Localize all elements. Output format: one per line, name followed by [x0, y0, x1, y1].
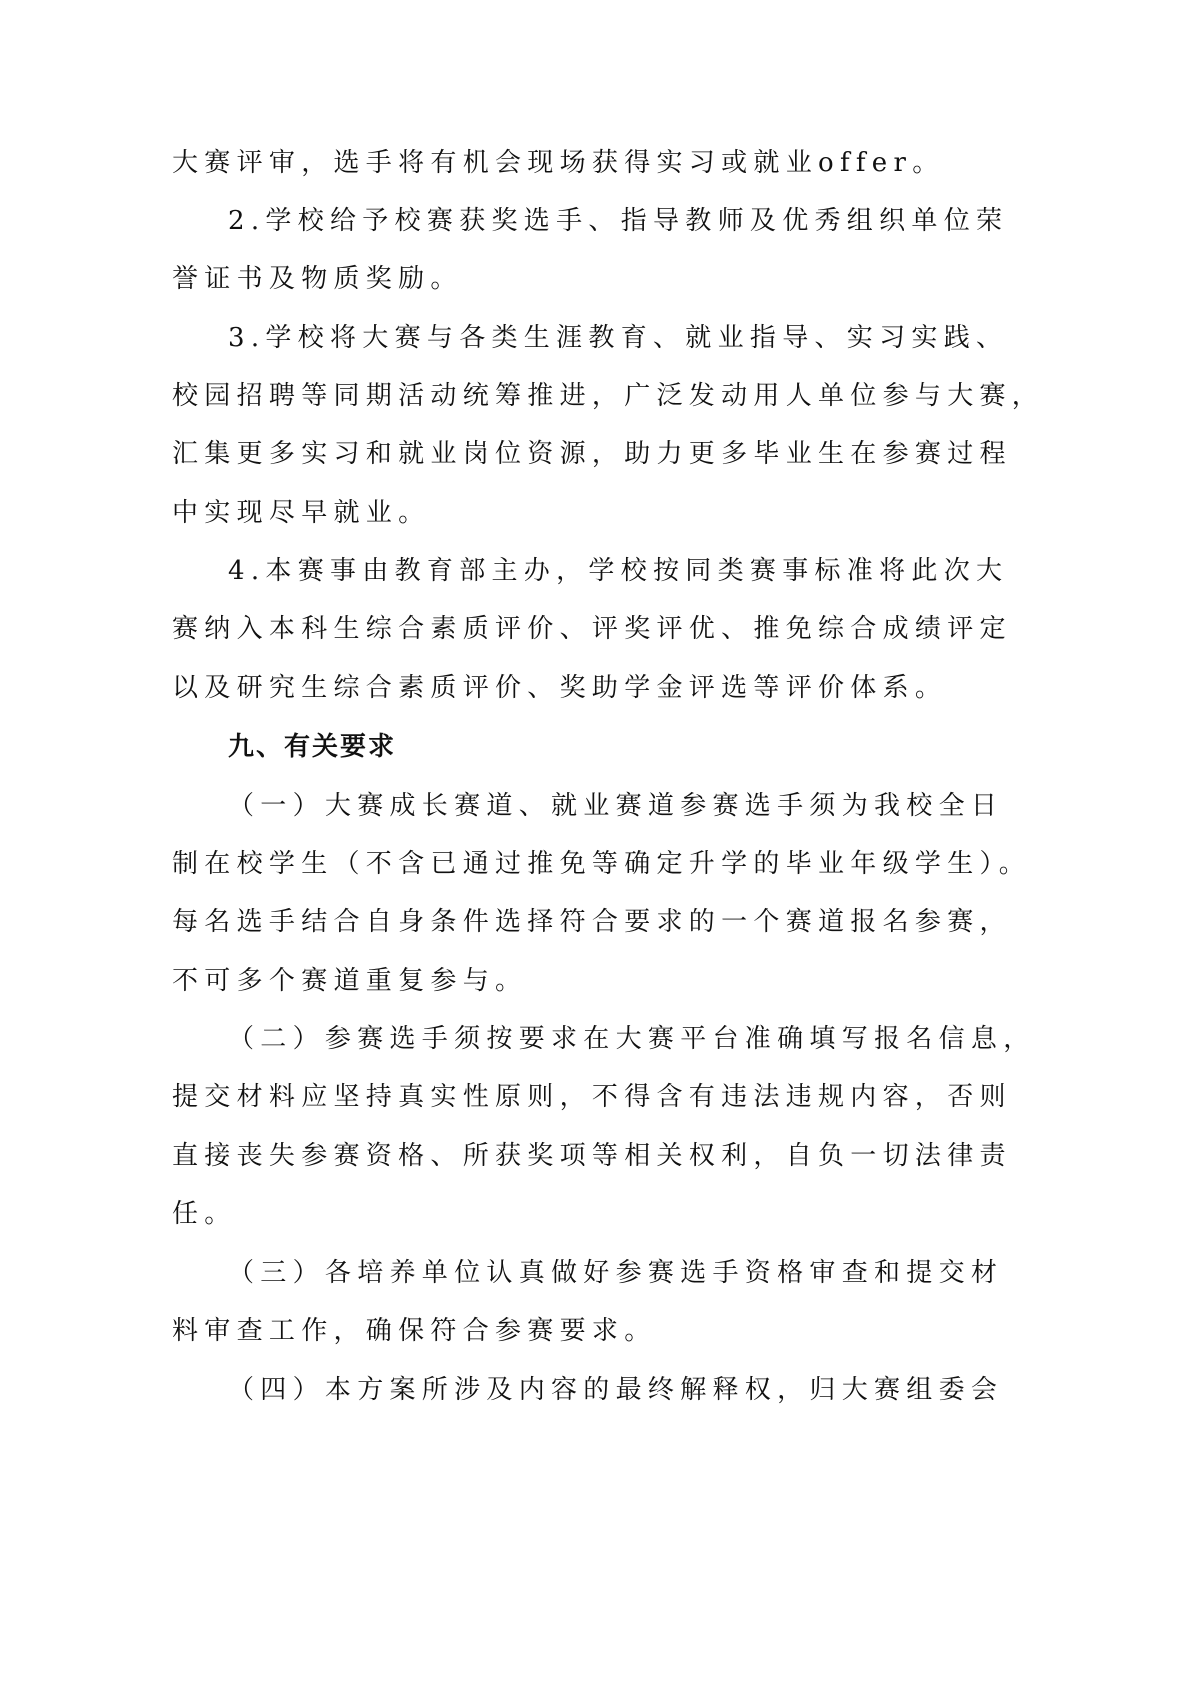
body-line: 4.本赛事由教育部主办，学校按同类赛事标准将此次大: [228, 555, 1008, 587]
document-page: 大赛评审，选手将有机会现场获得实习或就业offer。 2.学校给予校赛获奖选手、…: [0, 0, 1190, 1683]
body-line: （二）参赛选手须按要求在大赛平台准确填写报名信息，: [228, 1023, 1036, 1055]
body-line: 中实现尽早就业。: [172, 497, 430, 529]
body-line: 不可多个赛道重复参与。: [172, 965, 527, 997]
body-line: （一）大赛成长赛道、就业赛道参赛选手须为我校全日: [228, 790, 1003, 822]
body-line: 任。: [172, 1198, 237, 1230]
body-line: 赛纳入本科生综合素质评价、评奖评优、推免综合成绩评定: [172, 613, 1012, 645]
body-line: （四）本方案所涉及内容的最终解释权，归大赛组委会: [228, 1374, 1003, 1406]
body-line: 校园招聘等同期活动统筹推进，广泛发动用人单位参与大赛，: [172, 380, 1044, 412]
body-line: 直接丧失参赛资格、所获奖项等相关权利，自负一切法律责: [172, 1140, 1012, 1172]
body-line: （三）各培养单位认真做好参赛选手资格审查和提交材: [228, 1257, 1003, 1289]
body-line: 料审查工作，确保符合参赛要求。: [172, 1315, 657, 1347]
body-line: 誉证书及物质奖励。: [172, 263, 463, 295]
body-line: 每名选手结合自身条件选择符合要求的一个赛道报名参赛，: [172, 906, 1012, 938]
body-line: 汇集更多实习和就业岗位资源，助力更多毕业生在参赛过程: [172, 438, 1012, 470]
body-line: 3.学校将大赛与各类生涯教育、就业指导、实习实践、: [228, 322, 1008, 354]
body-line: 提交材料应坚持真实性原则，不得含有违法违规内容，否则: [172, 1081, 1012, 1113]
body-line: 2.学校给予校赛获奖选手、指导教师及优秀组织单位荣: [228, 205, 1008, 237]
body-line: 制在校学生（不含已通过推免等确定升学的毕业年级学生）。: [172, 848, 1031, 880]
body-line: 以及研究生综合素质评价、奖助学金评选等评价体系。: [172, 672, 947, 704]
body-line: 大赛评审，选手将有机会现场获得实习或就业offer。: [172, 147, 945, 179]
section-heading: 九、有关要求: [228, 731, 396, 763]
